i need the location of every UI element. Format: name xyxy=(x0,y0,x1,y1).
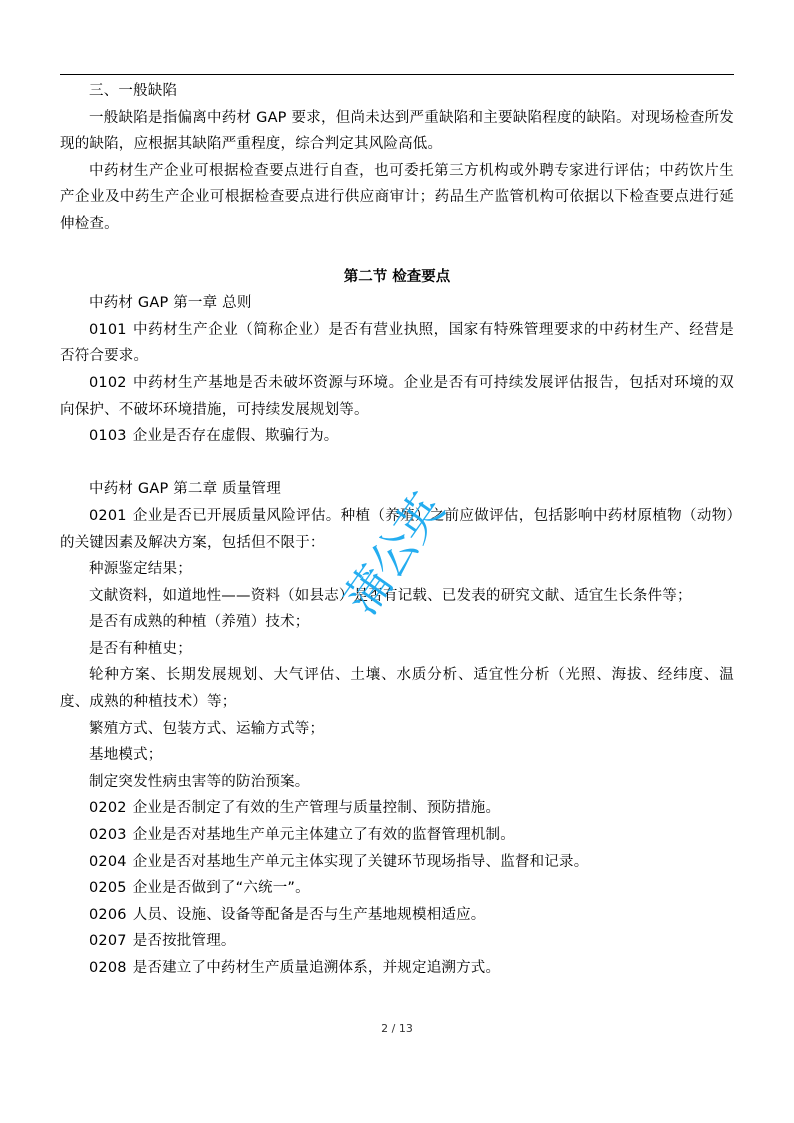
checklist-item-0206: 0206人员、设施、设备等配备是否与生产基地规模相适应。 xyxy=(60,902,734,929)
item-text: 企业是否制定了有效的生产管理与质量控制、预防措施。 xyxy=(133,800,501,816)
sub-item: 文献资料，如道地性——资料（如县志）是否有记载、已发表的研究文献、适宜生长条件等… xyxy=(60,583,734,610)
item-code: 0208 xyxy=(89,960,127,976)
checklist-item-0203: 0203企业是否对基地生产单元主体建立了有效的监督管理机制。 xyxy=(60,822,734,849)
checklist-item-0201: 0201企业是否已开展质量风险评估。种植（养殖）之前应做评估，包括影响中药材原植… xyxy=(60,503,734,556)
page-number: 2 / 13 xyxy=(0,1022,794,1035)
item-code: 0201 xyxy=(89,508,127,524)
checklist-item-0103: 0103企业是否存在虚假、欺骗行为。 xyxy=(60,423,734,450)
item-text: 中药材生产企业（简称企业）是否有营业执照，国家有特殊管理要求的中药材生产、经营是… xyxy=(60,322,734,365)
item-code: 0206 xyxy=(89,907,127,923)
sub-item: 基地模式； xyxy=(60,742,734,769)
sub-item: 轮种方案、长期发展规划、大气评估、土壤、水质分析、适宜性分析（光照、海拔、经纬度… xyxy=(60,662,734,715)
paragraph: 一般缺陷是指偏离中药材 GAP 要求，但尚未达到严重缺陷和主要缺陷程度的缺陷。对… xyxy=(60,105,734,158)
checklist-item-0101: 0101中药材生产企业（简称企业）是否有营业执照，国家有特殊管理要求的中药材生产… xyxy=(60,317,734,370)
item-text: 企业是否做到了“六统一”。 xyxy=(133,880,310,896)
item-code: 0207 xyxy=(89,933,127,949)
item-code: 0204 xyxy=(89,854,127,870)
item-text: 企业是否对基地生产单元主体建立了有效的监督管理机制。 xyxy=(133,827,515,843)
item-code: 0102 xyxy=(89,375,127,391)
sub-item: 繁殖方式、包装方式、运输方式等； xyxy=(60,716,734,743)
document-body: 三、一般缺陷 一般缺陷是指偏离中药材 GAP 要求，但尚未达到严重缺陷和主要缺陷… xyxy=(60,78,734,982)
item-text: 是否按批管理。 xyxy=(133,933,236,949)
section3-heading: 三、一般缺陷 xyxy=(60,78,734,105)
item-code: 0101 xyxy=(89,322,127,338)
item-text: 企业是否存在虚假、欺骗行为。 xyxy=(133,428,339,444)
checklist-item-0208: 0208是否建立了中药材生产质量追溯体系，并规定追溯方式。 xyxy=(60,955,734,982)
item-code: 0103 xyxy=(89,428,127,444)
item-text: 企业是否对基地生产单元主体实现了关键环节现场指导、监督和记录。 xyxy=(133,854,589,870)
blank-line xyxy=(60,450,734,477)
item-code: 0205 xyxy=(89,880,127,896)
sub-item: 是否有种植史； xyxy=(60,636,734,663)
checklist-item-0202: 0202企业是否制定了有效的生产管理与质量控制、预防措施。 xyxy=(60,795,734,822)
item-text: 是否建立了中药材生产质量追溯体系，并规定追溯方式。 xyxy=(133,960,501,976)
item-code: 0202 xyxy=(89,800,127,816)
paragraph: 中药材生产企业可根据检查要点进行自查，也可委托第三方机构或外聘专家进行评估；中药… xyxy=(60,158,734,238)
chapter2-heading: 中药材 GAP 第二章 质量管理 xyxy=(60,476,734,503)
sub-item: 制定突发性病虫害等的防治预案。 xyxy=(60,769,734,796)
item-text: 企业是否已开展质量风险评估。种植（养殖）之前应做评估，包括影响中药材原植物（动物… xyxy=(60,508,734,551)
chapter1-heading: 中药材 GAP 第一章 总则 xyxy=(60,290,734,317)
sub-item: 是否有成熟的种植（养殖）技术； xyxy=(60,609,734,636)
section-title: 第二节 检查要点 xyxy=(60,264,734,291)
checklist-item-0102: 0102中药材生产基地是否未破坏资源与环境。企业是否有可持续发展评估报告，包括对… xyxy=(60,370,734,423)
item-text: 人员、设施、设备等配备是否与生产基地规模相适应。 xyxy=(133,907,486,923)
sub-item: 种源鉴定结果； xyxy=(60,556,734,583)
header-rule xyxy=(60,74,734,75)
item-code: 0203 xyxy=(89,827,127,843)
checklist-item-0205: 0205企业是否做到了“六统一”。 xyxy=(60,875,734,902)
item-text: 中药材生产基地是否未破坏资源与环境。企业是否有可持续发展评估报告，包括对环境的双… xyxy=(60,375,734,418)
checklist-item-0207: 0207是否按批管理。 xyxy=(60,928,734,955)
checklist-item-0204: 0204企业是否对基地生产单元主体实现了关键环节现场指导、监督和记录。 xyxy=(60,849,734,876)
